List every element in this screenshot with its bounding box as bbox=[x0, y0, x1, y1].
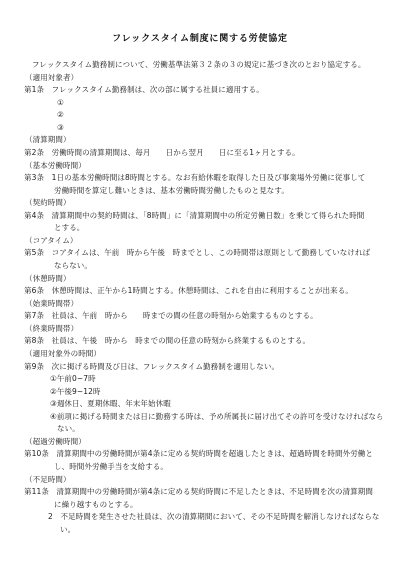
numbered-item: ③週休日、夏期休暇、年末年始休暇 bbox=[24, 398, 382, 411]
sub-clause: 2 不足時間を発生させた社員は、次の清算期間において、その不足時間を解消しなけれ… bbox=[24, 511, 382, 524]
section-heading: （不足時間） bbox=[24, 474, 382, 487]
article-continuation: に繰り越すものとする。 bbox=[24, 499, 382, 512]
article-text: 第6条 休憩時間は、正午から1時間とする。休憩時間は、これを自由に利用することが… bbox=[24, 285, 382, 298]
numbered-item: ①午前0~7時 bbox=[24, 373, 382, 386]
numbered-item: ④前項に掲げる時間または日に勤務する時は、予め所属長に届け出てその許可を受けなけ… bbox=[24, 411, 382, 424]
article-text: 第4条 清算期間中の契約時間は、「8時間」に「清算期間中の所定労働日数」を乗じて… bbox=[24, 210, 382, 223]
document-body: フレックスタイム勤務制について、労働基準法第３２条の３の規定に基づき次のとおり協… bbox=[0, 59, 400, 536]
section-heading: （超過労働時間） bbox=[24, 436, 382, 449]
section-heading: （適用対象外の時間） bbox=[24, 348, 382, 361]
document-page: フレックスタイム制度に関する労使協定 フレックスタイム勤務制について、労働基準法… bbox=[0, 0, 400, 565]
section-heading: （清算期間） bbox=[24, 134, 382, 147]
article-continuation: ならない。 bbox=[24, 260, 382, 273]
article-text: 第9条 次に掲げる時間及び日は、フレックスタイム勤務制を適用しない。 bbox=[24, 361, 382, 374]
document-title: フレックスタイム制度に関する労使協定 bbox=[0, 33, 400, 46]
article-text: 第10条 清算期間中の労働時間が第4条に定める契約時間を超過したときは、超過時間… bbox=[24, 448, 382, 461]
section-heading: （契約時間） bbox=[24, 197, 382, 210]
sub-clause-continuation: い。 bbox=[24, 524, 382, 537]
numbered-item: ① bbox=[24, 97, 382, 110]
numbered-item: ③ bbox=[24, 122, 382, 135]
article-continuation: とする。 bbox=[24, 222, 382, 235]
numbered-item: ② bbox=[24, 109, 382, 122]
section-heading: （基本労働時間） bbox=[24, 160, 382, 173]
section-heading: （終業時間帯） bbox=[24, 323, 382, 336]
section-heading: （休憩時間） bbox=[24, 273, 382, 286]
article-continuation: し、時間外労働手当を支給する。 bbox=[24, 461, 382, 474]
article-text: 第8条 社員は、午後 時から 時までの間の任意の時刻から終業するものとする。 bbox=[24, 335, 382, 348]
article-text: 第3条 1日の基本労働時間は8時間とする。なお有給休暇を取得した日及び事業場外労… bbox=[24, 172, 382, 185]
intro-paragraph: フレックスタイム勤務制について、労働基準法第３２条の３の規定に基づき次のとおり協… bbox=[24, 59, 382, 72]
article-text: 第1条 フレックスタイム勤務制は、次の部に属する社員に適用する。 bbox=[24, 84, 382, 97]
article-text: 第5条 コアタイムは、午前 時から午後 時までとし、この時間帯は原則として勤務し… bbox=[24, 247, 382, 260]
section-heading: （始業時間帯） bbox=[24, 298, 382, 311]
section-heading: （コアタイム） bbox=[24, 235, 382, 248]
numbered-item: ②午後9~12時 bbox=[24, 386, 382, 399]
article-text: 第7条 社員は、午前 時から 時までの間の任意の時刻から始業するものとする。 bbox=[24, 310, 382, 323]
article-continuation: 労働時間を算定し難いときは、基本労働時間労働したものと見なす。 bbox=[24, 185, 382, 198]
section-heading: （適用対象者） bbox=[24, 72, 382, 85]
article-text: 第11条 清算期間中の労働時間が第4条に定める契約時間に不足したときは、不足時間… bbox=[24, 486, 382, 499]
item-continuation: ない。 bbox=[24, 423, 382, 436]
article-text: 第2条 労働時間の清算期間は、毎月 日から翌月 日に至る1ヶ月とする。 bbox=[24, 147, 382, 160]
